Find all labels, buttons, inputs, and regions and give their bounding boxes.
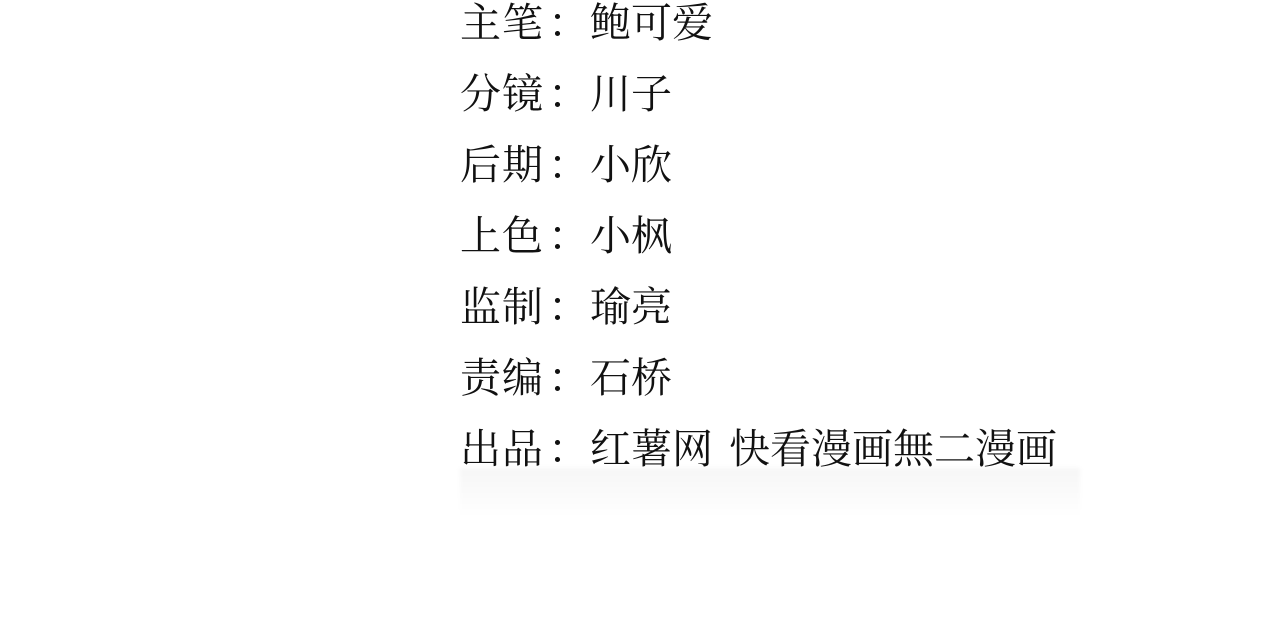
- credit-name: 石桥: [590, 354, 672, 402]
- credit-line-lead-artist: 主笔 ： 鲍可爱: [460, 0, 1057, 55]
- credit-label: 上色: [460, 203, 548, 262]
- credit-value: 红薯网快看漫画無二漫画: [590, 416, 1057, 475]
- credit-colon: ：: [548, 274, 590, 333]
- credit-line-coloring: 上色 ： 小枫: [460, 197, 1057, 268]
- credit-label: 出品: [460, 416, 548, 475]
- credit-value: 石桥: [590, 345, 672, 404]
- credit-label: 分镜: [460, 61, 548, 120]
- credit-colon: ：: [548, 61, 590, 120]
- credit-colon: ：: [548, 345, 590, 404]
- credit-name: 川子: [590, 70, 672, 118]
- faded-reflection: [460, 468, 1080, 518]
- credit-label: 后期: [460, 132, 548, 191]
- credit-label: 监制: [460, 274, 548, 333]
- credit-line-post-production: 后期 ： 小欣: [460, 126, 1057, 197]
- credit-name: 快看漫画無二漫画: [729, 425, 1057, 473]
- credit-value: 瑜亮: [590, 274, 672, 333]
- credit-line-editor: 责编 ： 石桥: [460, 339, 1057, 410]
- credit-colon: ：: [548, 0, 590, 49]
- credit-value: 小枫: [590, 203, 672, 262]
- credit-name: 小枫: [590, 212, 672, 260]
- credit-name: 鲍可爱: [590, 0, 713, 47]
- credit-value: 川子: [590, 61, 672, 120]
- credit-line-storyboard: 分镜 ： 川子: [460, 55, 1057, 126]
- credits-list: 主笔 ： 鲍可爱 分镜 ： 川子 后期 ： 小欣 上色 ： 小枫 监制 ： 瑜亮…: [460, 0, 1057, 481]
- credit-colon: ：: [548, 132, 590, 191]
- credit-name: 红薯网: [590, 425, 713, 473]
- credit-value: 鲍可爱: [590, 0, 713, 49]
- credit-line-supervisor: 监制 ： 瑜亮: [460, 268, 1057, 339]
- credit-label: 主笔: [460, 0, 548, 49]
- credit-label: 责编: [460, 345, 548, 404]
- credit-name: 瑜亮: [590, 283, 672, 331]
- credit-value: 小欣: [590, 132, 672, 191]
- credit-name: 小欣: [590, 141, 672, 189]
- credit-colon: ：: [548, 416, 590, 475]
- credit-colon: ：: [548, 203, 590, 262]
